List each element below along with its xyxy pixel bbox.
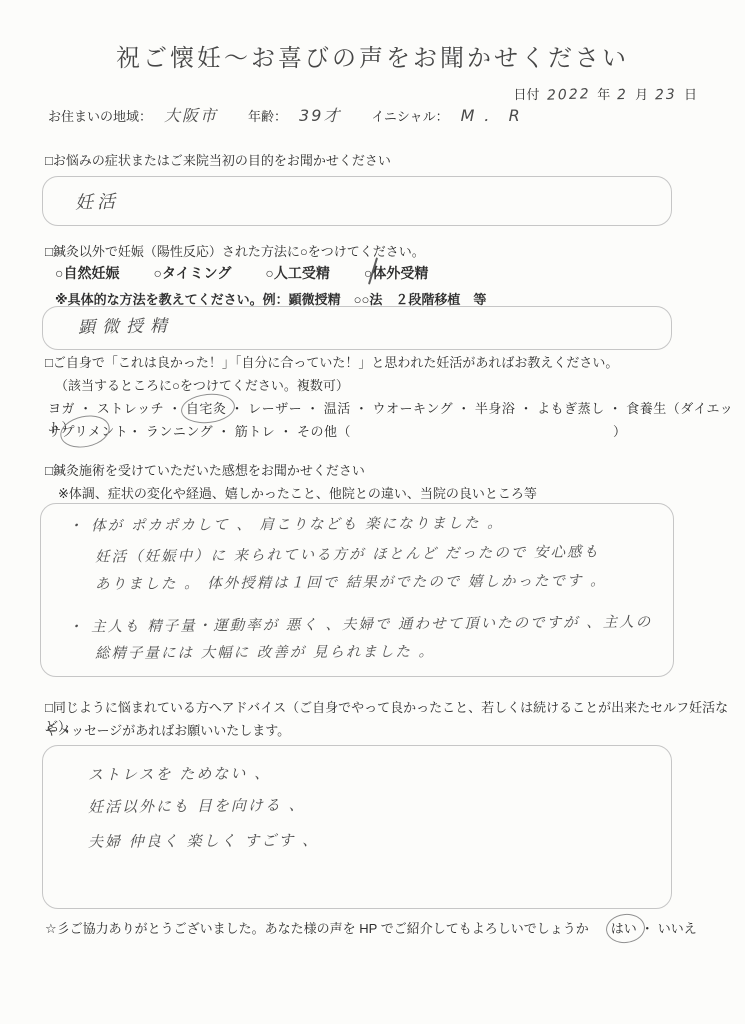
date-day-value: 23 [655,87,677,104]
age-label: 年齢： [248,106,287,125]
option-label: 自然妊娠 [63,263,119,283]
q1-handwritten-answer: 妊活 [75,187,120,215]
footer-yes-circled: はい [611,918,637,937]
q2-label: □鍼灸以外で妊娠（陽性反応）された方法に○をつけてください。 [45,241,425,260]
activity-supplement-circled: サプリメント [48,421,128,440]
q2-handwritten-answer: 顕微授精 [78,311,174,338]
date-day-unit: 日 [684,84,697,103]
activity-text: ・ ランニング ・ 筋トレ ・ その他（ [128,421,351,440]
option-ivf-checked: ○ 体外受精 [364,263,428,283]
footer-thanks-text: ☆彡ご協力ありがとうございました。あなた様の声を HP でご紹介してもよろしいで… [45,918,589,937]
radio-circle-icon: ○ [265,265,273,281]
q4-handwritten-line: 総精子量には 大幅に 改善が 見られました 。 [95,640,435,663]
initial-label: イニシャル： [371,106,448,125]
option-label: 体外受精 [372,263,428,283]
scanned-questionnaire-page: 祝ご懐妊～お喜びの声をお聞かせください 日付 2022 年 2 月 23 日 お… [0,0,745,1024]
radio-circle-icon: ○ [364,265,372,281]
age-value: 39才 [299,103,341,126]
q3-label: □ご自身で「これは良かった！」「自分に合っていた！」と思われた妊活があればお教え… [45,352,618,371]
option-timing: ○ タイミング [153,263,231,283]
date-year-value: 2022 [546,86,590,104]
date-line: 日付 2022 年 2 月 23 日 [514,84,697,103]
q4-label: □鍼灸施術を受けていただいた感想をお聞かせください [45,460,365,479]
q5-handwritten-line: ストレスを ためない 、 [88,762,271,785]
q3-sublabel: （該当するところに○をつけてください。複数可） [55,375,349,394]
q3-activity-row2: サプリメント ・ ランニング ・ 筋トレ ・ その他（） [48,421,627,440]
option-natural-pregnancy: ○ 自然妊娠 [55,263,119,283]
page-title: 祝ご懐妊～お喜びの声をお聞かせください [0,38,745,73]
activity-home-moxibustion-circled: 自宅灸 [186,398,227,417]
footer-no: いいえ [658,918,697,937]
activity-text: ヨガ ・ ストレッチ ・ [48,401,186,416]
q1-label: □お悩みの症状またはご来院当初の目的をお聞かせください [45,150,391,169]
date-month-value: 2 [617,87,628,103]
region-label: お住まいの地域： [48,106,152,125]
q4-note: ※体調、症状の変化や経過、嬉しかったこと、他院との違い、当院の良いところ等 [58,483,537,502]
activity-close-paren: ） [613,421,627,440]
option-label: 人工受精 [274,263,330,283]
initial-value: M ． R [461,103,522,126]
q4-handwritten-line: ・ 体が ポカポカして 、 肩こりなども 楽になりました 。 [68,511,504,535]
q5-handwritten-line: 夫婦 仲良く 楽しく すごす 、 [88,829,319,852]
region-value: 大阪市 [164,103,218,126]
q5-handwritten-line: 妊活以外にも 目を向ける 、 [88,794,306,817]
date-month-unit: 月 [635,84,648,103]
handwritten-circle-mark [604,912,646,945]
footer-line: ☆彡ご協力ありがとうございました。あなた様の声を HP でご紹介してもよろしいで… [45,918,697,937]
option-label: タイミング [162,263,231,283]
date-year-unit: 年 [597,84,610,103]
q1-answer-box [42,176,672,226]
radio-circle-icon: ○ [55,265,63,281]
q5-label-line2: やメッセージがあればお願いいたします。 [45,720,290,739]
q2-options-row: ○ 自然妊娠 ○ タイミング ○ 人工受精 ○ 体外受精 [55,263,428,283]
date-label: 日付 [514,84,540,103]
radio-circle-icon: ○ [153,265,161,281]
option-artificial-insemination: ○ 人工受精 [265,263,329,283]
q4-handwritten-line: ありました 。 体外授精は１回で 結果がでたので 嬉しかったです 。 [95,569,607,594]
profile-line: お住まいの地域： 大阪市 年齢： 39才 イニシャル： M ． R [48,103,522,126]
